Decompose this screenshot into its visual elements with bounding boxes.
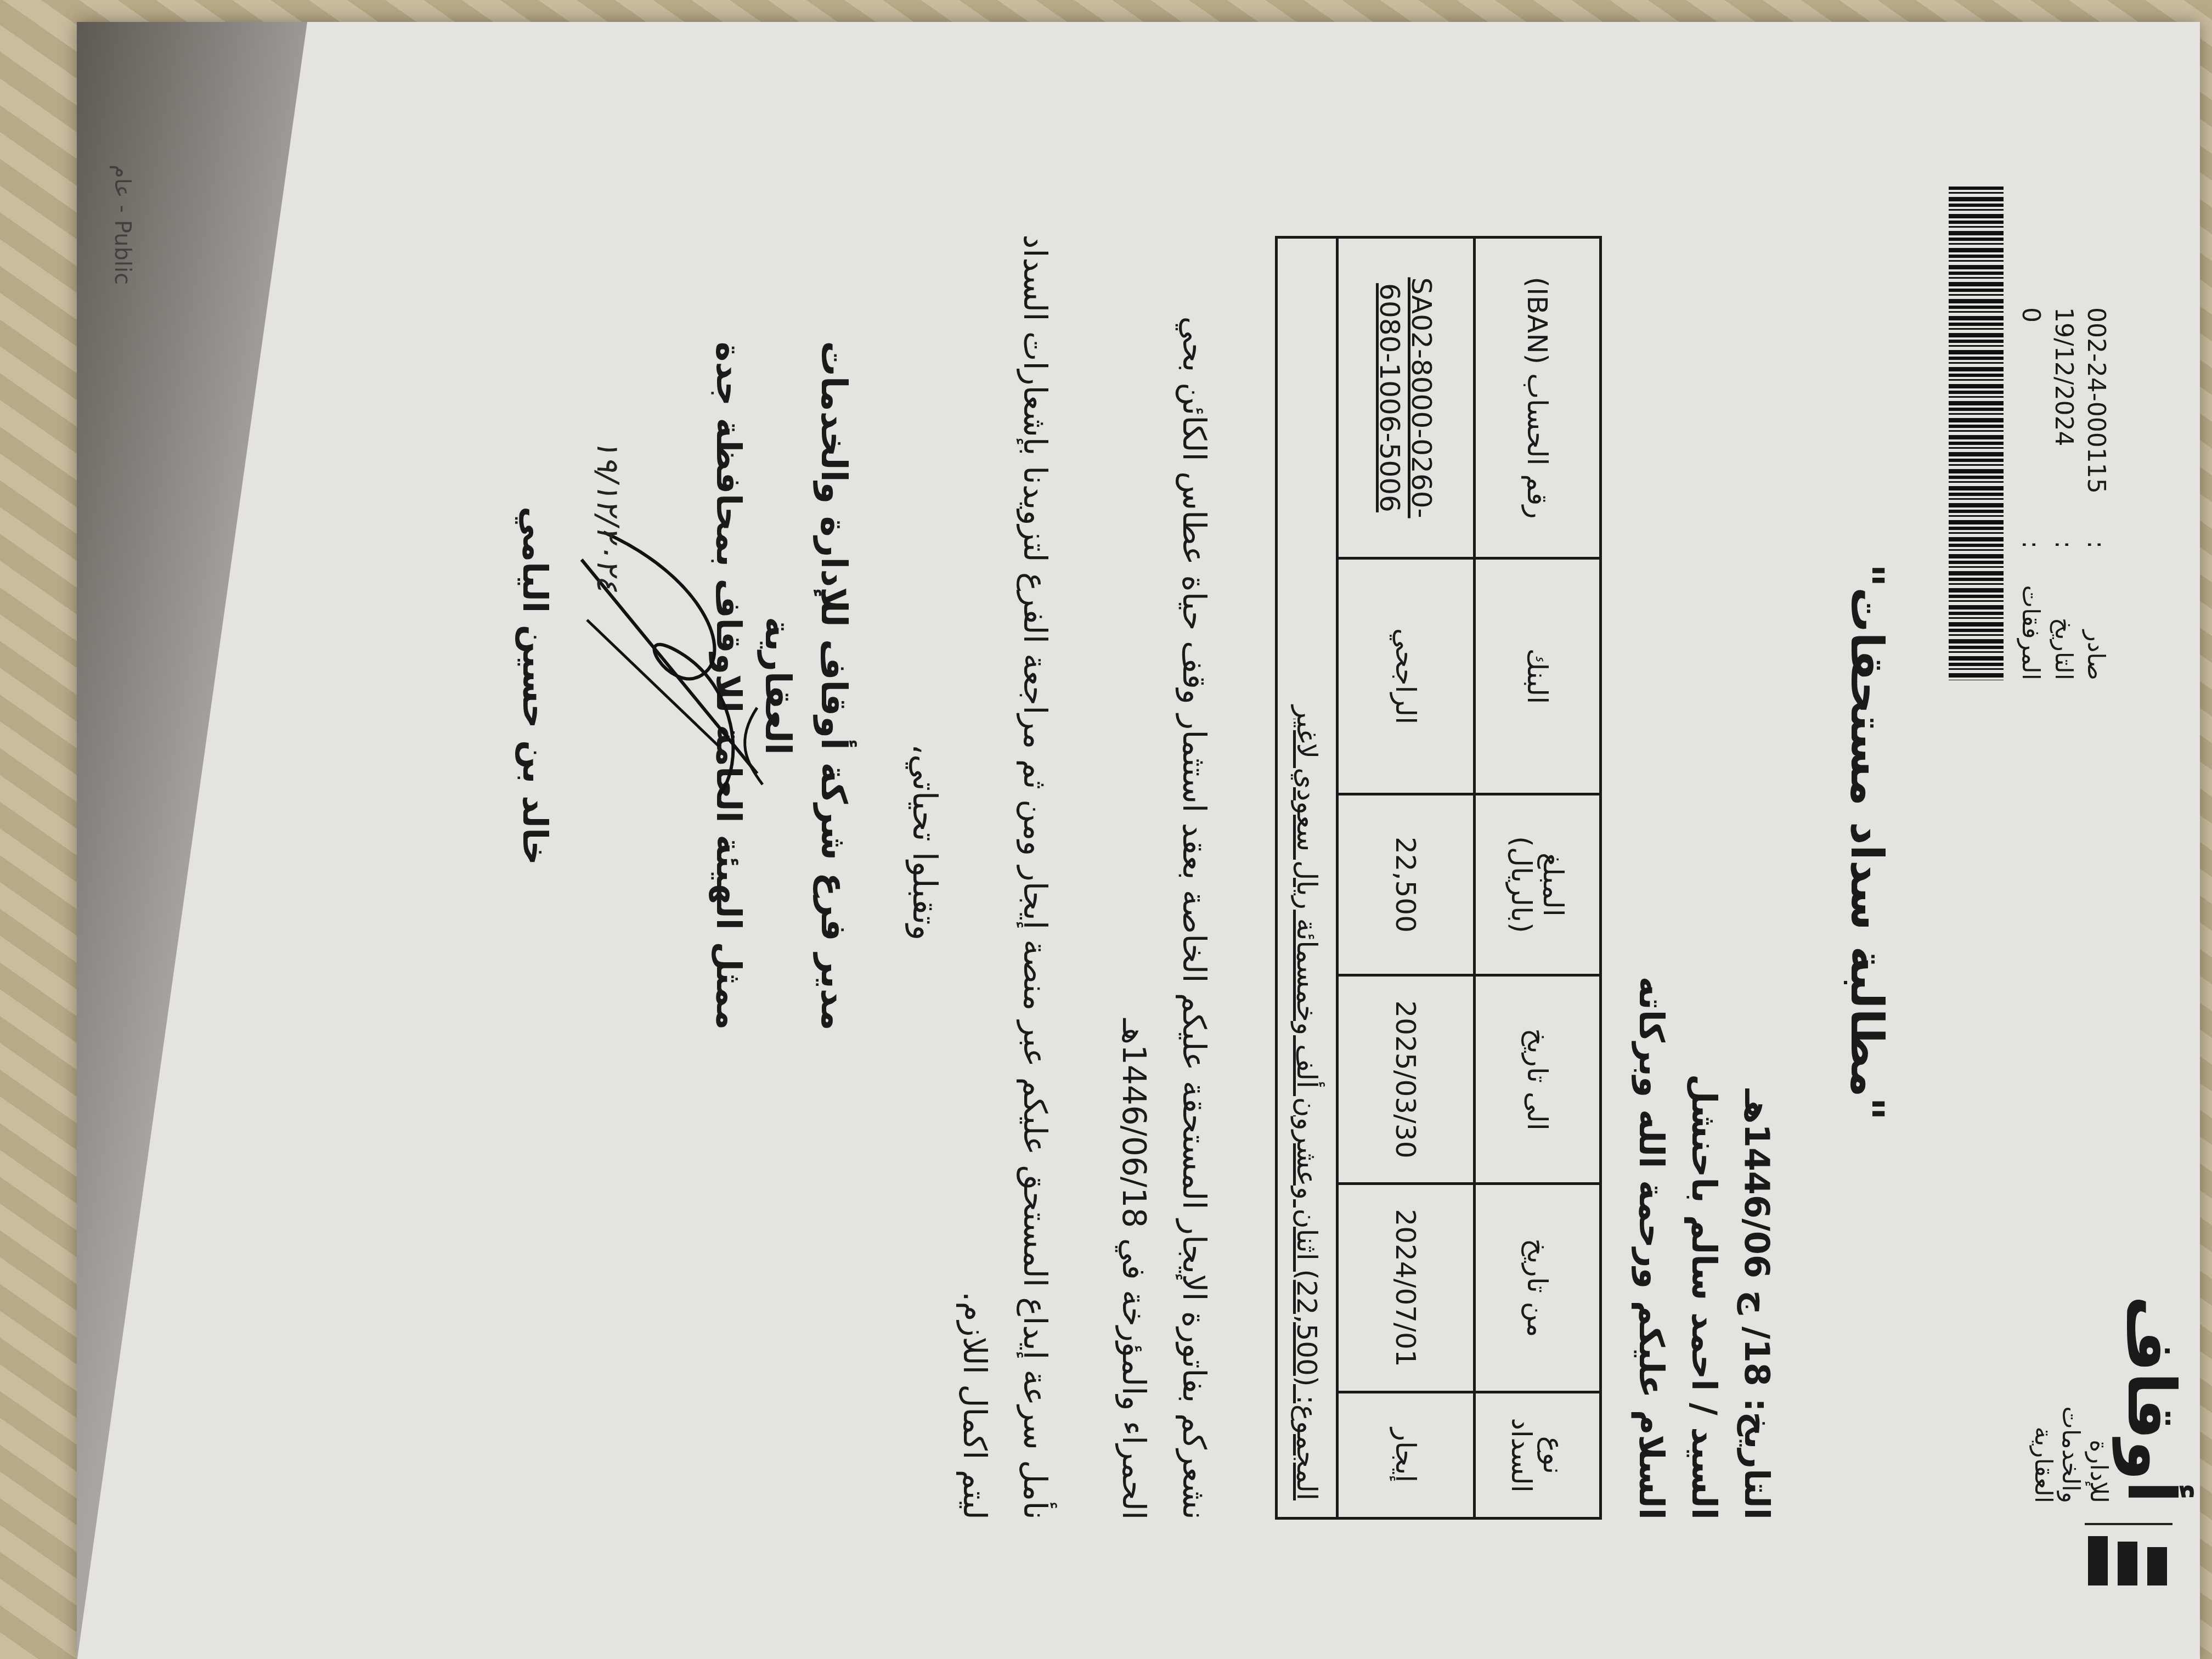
table-total-row: المجموع: (22,500) اثنان وعشرون ألف وخمسم… <box>1277 238 1338 1519</box>
intro-block: التاريخ: 18/ ج 1446/06هـ السيد / احمد سا… <box>1625 977 1783 1520</box>
header-iban: رقم الحساب (IBAN) <box>1475 238 1601 558</box>
header-bank: البنك <box>1475 558 1601 794</box>
document-title: "مطالبة سداد مستحقات" <box>1841 22 1893 1659</box>
document-photo: أوقاف للإدارة والخدمات العقارية صادر : 0… <box>77 22 2200 1659</box>
classification-label: عام - Public <box>110 165 135 285</box>
cell-to-date: 2025/03/30 <box>1338 975 1475 1184</box>
ref-row-outgoing: صادر : 002-24-000115 <box>2080 187 2112 680</box>
signature-block: مدير فرع شركة أوقاف للإدارة والخدمات الع… <box>515 329 861 1042</box>
handwritten-date: ١٩/١٢/٢٠٢٤ <box>590 439 625 591</box>
ref-colon: : <box>2047 538 2079 549</box>
ref-row-date: التاريخ : 19/12/2024 <box>2047 187 2079 680</box>
cell-payment-type: إيجار <box>1338 1392 1475 1519</box>
header-from-date: من تاريخ <box>1475 1184 1601 1392</box>
signatory-name: خالد بن حسين اليامي <box>515 329 555 1042</box>
table-row: إيجار 2024/07/01 2025/03/30 22,500 الراج… <box>1338 238 1475 1519</box>
letter-page: أوقاف للإدارة والخدمات العقارية صادر : 0… <box>77 22 2200 1659</box>
logo-bars-icon <box>2088 1536 2167 1585</box>
cell-bank: الراجحي <box>1338 558 1475 794</box>
company-logo: أوقاف للإدارة والخدمات العقارية <box>2013 1300 2178 1585</box>
ref-attachments: 0 <box>2015 307 2047 516</box>
barcode-icon <box>1949 187 2004 680</box>
logo-subtitle: للإدارة والخدمات العقارية <box>2029 1361 2112 1503</box>
body-paragraph-invoice: نشعركم بفاتورة الإيجار المستحقة عليكم ال… <box>1104 214 1224 1520</box>
greeting: السلام عليكم ورحمة الله وبركاته <box>1625 977 1678 1520</box>
body-paragraph-request: نأمل سرعة إيداع المستحق عليكم عبر منصة إ… <box>945 214 1065 1520</box>
ref-row-attachments: المرفقات : 0 <box>2015 187 2047 680</box>
table-header-row: نوع السداد من تاريخ الى تاريخ المبلغ (با… <box>1475 238 1601 1519</box>
logo-name: أوقاف <box>2118 1295 2183 1503</box>
cell-iban: SA02-8000-0260-6080-1006-5006 <box>1338 238 1475 558</box>
ref-colon: : <box>2015 538 2047 549</box>
ref-number: 002-24-000115 <box>2080 307 2112 516</box>
header-amount: المبلغ (بالريال) <box>1475 794 1601 975</box>
reference-block: صادر : 002-24-000115 التاريخ : 19/12/202… <box>1949 187 2112 680</box>
letter-date: التاريخ: 18/ ج 1446/06هـ <box>1730 977 1783 1520</box>
total-amount: المجموع: (22,500) اثنان وعشرون ألف وخمسم… <box>1277 238 1338 1519</box>
recipient: السيد / احمد سالم باحنشل <box>1678 977 1730 1520</box>
logo-divider <box>2085 1523 2172 1525</box>
ref-colon: : <box>2080 538 2112 549</box>
ref-label: التاريخ <box>2047 571 2079 680</box>
closing-line: وتقبلوا تحياتي، <box>905 22 944 1659</box>
header-payment-type: نوع السداد <box>1475 1392 1601 1519</box>
ref-date: 19/12/2024 <box>2047 307 2079 516</box>
ref-label: صادر <box>2080 571 2112 680</box>
header-to-date: الى تاريخ <box>1475 975 1601 1184</box>
dues-table: نوع السداد من تاريخ الى تاريخ المبلغ (با… <box>1275 236 1602 1520</box>
ref-label: المرفقات <box>2015 571 2047 680</box>
cell-from-date: 2024/07/01 <box>1338 1184 1475 1392</box>
cell-amount: 22,500 <box>1338 794 1475 975</box>
